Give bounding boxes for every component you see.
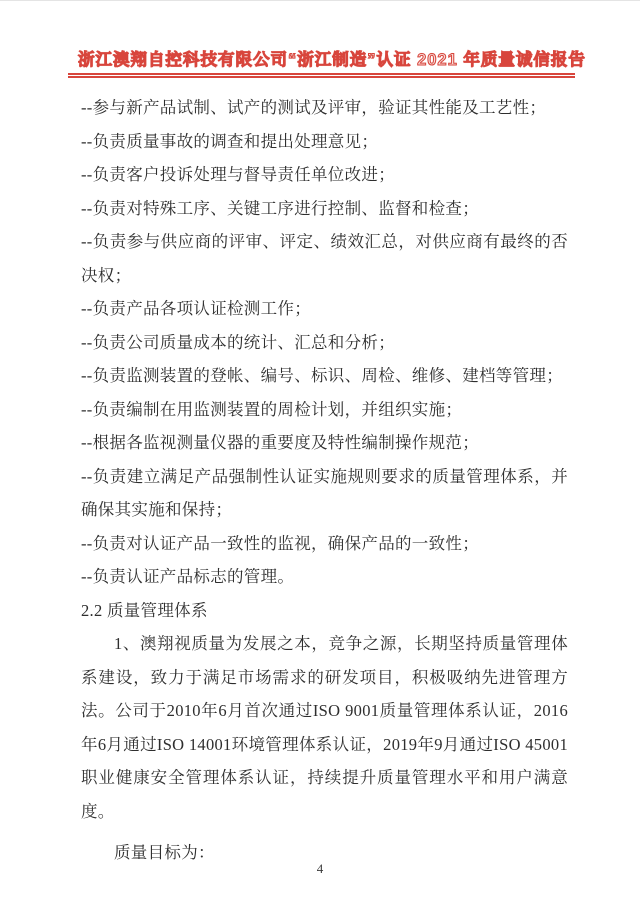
document-page: 浙江澳翔自控科技有限公司 “浙江制造”认证 2021 年质量诚信报告 --参与新… [0,0,640,905]
duty-item: --负责产品各项认证检测工作； [81,292,568,326]
duty-item: --负责质量事故的调查和提出处理意见； [81,125,568,159]
duty-item: --负责监测装置的登帐、编号、标识、周检、维修、建档等管理； [81,359,568,393]
duty-item: --参与新产品试制、试产的测试及评审，验证其性能及工艺性； [81,91,568,125]
duty-item: --负责认证产品标志的管理。 [81,560,568,594]
duty-item: --负责公司质量成本的统计、汇总和分析； [81,326,568,360]
duty-item: --负责参与供应商的评审、评定、绩效汇总，对供应商有最终的否决权； [81,225,568,292]
duty-item: --负责对认证产品一致性的监视，确保产品的一致性； [81,527,568,561]
duty-item: --负责建立满足产品强制性认证实施规则要求的质量管理体系，并确保其实施和保持； [81,460,568,527]
header-report-title: “浙江制造”认证 2021 年质量诚信报告 [288,46,586,70]
header-divider-rule [68,73,575,78]
page-number: 4 [0,861,640,877]
duty-item: --负责客户投诉处理与督导责任单位改进； [81,158,568,192]
duty-item: --负责对特殊工序、关键工序进行控制、监督和检查； [81,192,568,226]
duty-item: --根据各监视测量仪器的重要度及特性编制操作规范； [81,426,568,460]
page-header: 浙江澳翔自控科技有限公司 “浙江制造”认证 2021 年质量诚信报告 [78,46,570,70]
section-heading: 2.2 质量管理体系 [81,594,568,628]
document-body: --参与新产品试制、试产的测试及评审，验证其性能及工艺性； --负责质量事故的调… [81,91,568,870]
header-company-name: 浙江澳翔自控科技有限公司 [78,46,288,70]
paragraph-quality-system: 1、澳翔视质量为发展之本，竞争之源，长期坚持质量管理体系建设，致力于满足市场需求… [81,627,568,828]
duty-item: --负责编制在用监测装置的周检计划，并组织实施； [81,393,568,427]
